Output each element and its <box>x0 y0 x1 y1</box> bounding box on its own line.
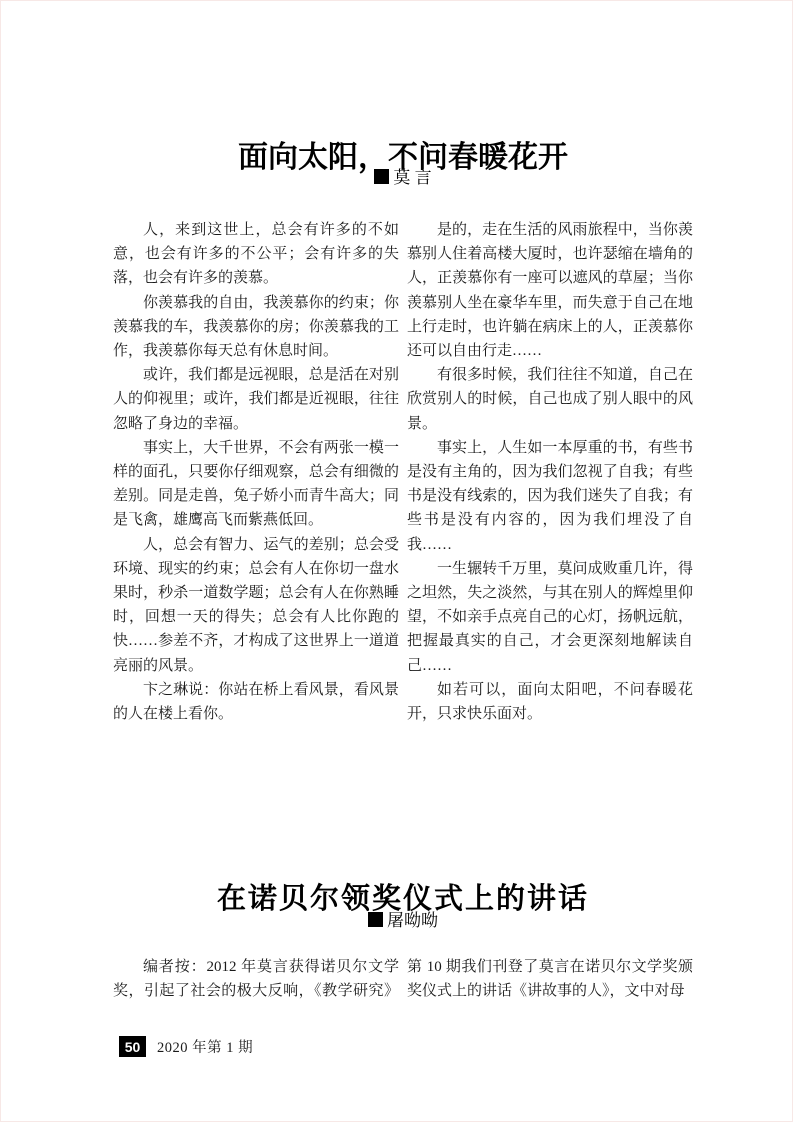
paragraph: 卞之琳说：你站在桥上看风景，看风景的人在楼上看你。 <box>113 678 399 726</box>
page-number-badge: 50 <box>119 1036 146 1057</box>
paragraph: 是的，走在生活的风雨旅程中，当你羡慕别人住着高楼大厦时，也许瑟缩在墙角的人，正羡… <box>407 218 693 363</box>
author-square-icon <box>374 169 389 184</box>
magazine-page: 面向太阳，不问春暖花开 莫 言 人，来到这世上，总会有许多的不如意，也会有许多的… <box>0 0 793 1122</box>
paragraph: 人，来到这世上，总会有许多的不如意，也会有许多的不公平；会有许多的失落，也会有许… <box>113 218 399 291</box>
editor-note: 编者按：2012 年莫言获得诺贝尔文学奖，引起了社会的极大反响，《教学研究》第 … <box>113 955 693 1004</box>
article1-author: 莫 言 <box>393 168 431 187</box>
paragraph: 你羡慕我的自由，我羡慕你的约束；你羡慕我的车，我羡慕你的房；你羡慕我的工作，我羡… <box>113 291 399 364</box>
paragraph: 人，总会有智力、运气的差别；总会受环境、现实的约束；总会有人在你切一盘水果时，秒… <box>113 533 399 678</box>
article2-author: 屠呦呦 <box>387 911 438 930</box>
issue-label: 2020 年第 1 期 <box>157 1036 253 1057</box>
paragraph: 或许，我们都是远视眼，总是活在对别人的仰视里；或许，我们都是近视眼，往往忽略了身… <box>113 363 399 436</box>
page-footer: 50 2020 年第 1 期 <box>119 1036 253 1057</box>
paragraph: 有很多时候，我们往往不知道，自己在欣赏别人的时候，自己也成了别人眼中的风景。 <box>407 363 693 436</box>
author-square-icon <box>368 912 383 927</box>
article2-body-columns: 编者按：2012 年莫言获得诺贝尔文学奖，引起了社会的极大反响，《教学研究》第 … <box>113 955 693 1004</box>
paragraph: 事实上，人生如一本厚重的书，有些书是没有主角的，因为我们忽视了自我；有些书是没有… <box>407 436 693 557</box>
paragraph: 如若可以，面向太阳吧，不问春暖花开，只求快乐面对。 <box>407 678 693 726</box>
article1-body-columns: 人，来到这世上，总会有许多的不如意，也会有许多的不公平；会有许多的失落，也会有许… <box>113 218 693 751</box>
article1-byline: 莫 言 <box>113 166 693 190</box>
paragraph: 一生辗转千万里，莫问成败重几许，得之坦然，失之淡然，与其在别人的辉煌里仰望，不如… <box>407 557 693 678</box>
paragraph: 事实上，大千世界，不会有两张一模一样的面孔，只要你仔细观察，总会有细微的差别。同… <box>113 436 399 533</box>
page-number: 50 <box>125 1039 141 1055</box>
article2-byline: 屠呦呦 <box>113 909 693 933</box>
